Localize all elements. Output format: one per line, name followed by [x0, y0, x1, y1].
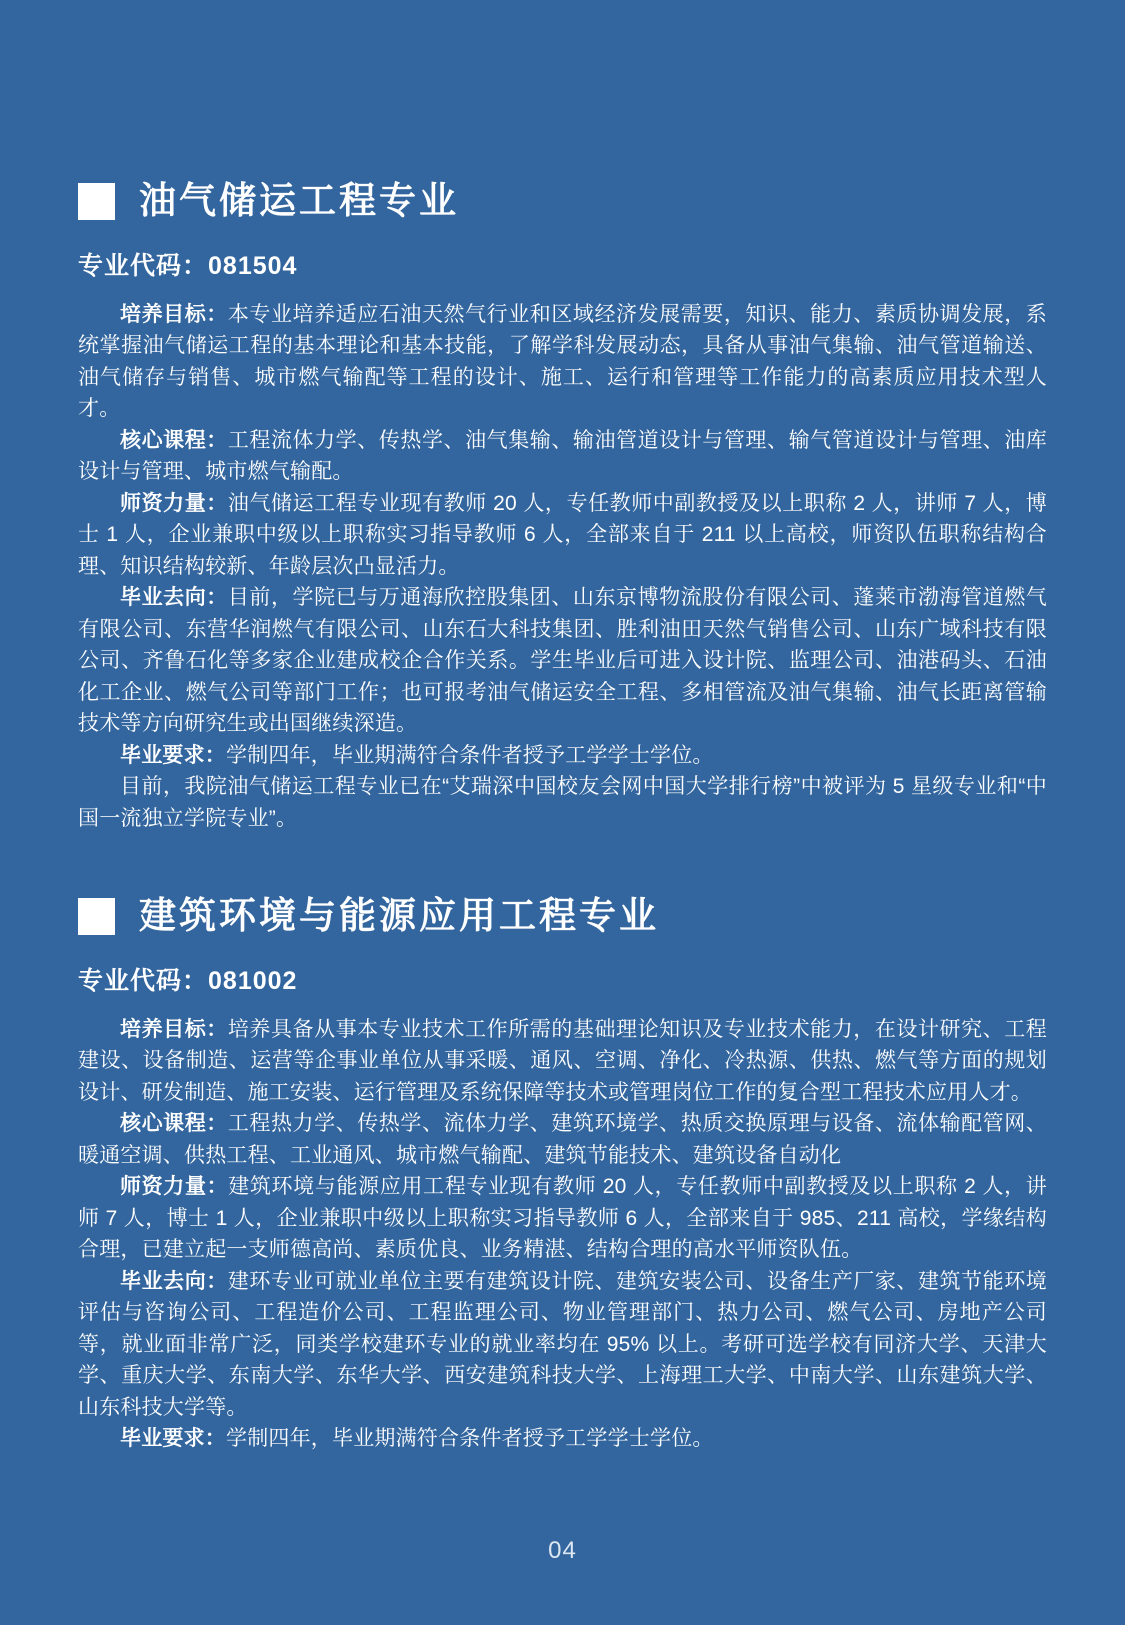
paragraph-career: 毕业去向：目前，学院已与万通海欣控股集团、山东京博物流股份有限公司、蓬莱市渤海管… — [78, 582, 1047, 740]
paragraph-label: 毕业要求： — [120, 1427, 226, 1450]
section-title-row: 建筑环境与能源应用工程专业 — [78, 896, 1047, 937]
paragraph-label: 毕业要求： — [120, 744, 226, 767]
paragraph-faculty: 师资力量：建筑环境与能源应用工程专业现有教师 20 人，专任教师中副教授及以上职… — [78, 1171, 1047, 1266]
paragraph-label: 师资力量： — [120, 492, 228, 515]
section-title: 建筑环境与能源应用工程专业 — [139, 896, 659, 937]
paragraph-career: 毕业去向：建环专业可就业单位主要有建筑设计院、建筑安装公司、设备生产厂家、建筑节… — [78, 1266, 1047, 1424]
major-code-value: 081504 — [208, 252, 297, 280]
paragraph-text: 学制四年，毕业期满符合条件者授予工学学士学位。 — [226, 744, 714, 767]
square-bullet-icon — [78, 183, 115, 220]
page-footer: 04 — [0, 1537, 1125, 1565]
paragraph-label: 核心课程： — [120, 429, 228, 452]
paragraph-label: 师资力量： — [120, 1175, 228, 1198]
paragraph-core-courses: 核心课程：工程流体力学、传热学、油气集输、输油管道设计与管理、输气管道设计与管理… — [78, 425, 1047, 488]
major-code-line: 专业代码：081504 — [78, 246, 1047, 282]
paragraph-text: 学制四年，毕业期满符合条件者授予工学学士学位。 — [226, 1427, 714, 1450]
section-body: 培养目标：本专业培养适应石油天然气行业和区域经济发展需要，知识、能力、素质协调发… — [78, 299, 1047, 835]
paragraph-label: 毕业去向： — [120, 586, 228, 609]
paragraph-label: 核心课程： — [120, 1112, 228, 1135]
paragraph-faculty: 师资力量：油气储运工程专业现有教师 20 人，专任教师中副教授及以上职称 2 人… — [78, 488, 1047, 583]
paragraph-training-goal: 培养目标：本专业培养适应石油天然气行业和区域经济发展需要，知识、能力、素质协调发… — [78, 299, 1047, 425]
page-number: 04 — [548, 1537, 577, 1564]
section-title-row: 油气储运工程专业 — [78, 181, 1047, 222]
paragraph-graduation-requirement: 毕业要求：学制四年，毕业期满符合条件者授予工学学士学位。 — [78, 1423, 1047, 1455]
paragraph-core-courses: 核心课程：工程热力学、传热学、流体力学、建筑环境学、热质交换原理与设备、流体输配… — [78, 1108, 1047, 1171]
major-code-label: 专业代码： — [78, 967, 208, 995]
paragraph-label: 培养目标： — [120, 1018, 228, 1041]
paragraph-label: 毕业去向： — [120, 1270, 228, 1293]
square-bullet-icon — [78, 898, 115, 935]
major-code-value: 081002 — [208, 967, 297, 995]
paragraph-graduation-requirement: 毕业要求：学制四年，毕业期满符合条件者授予工学学士学位。 — [78, 740, 1047, 772]
paragraph-ranking-note: 目前，我院油气储运工程专业已在“艾瑞深中国校友会网中国大学排行榜”中被评为 5 … — [78, 771, 1047, 834]
section-body: 培养目标：培养具备从事本专业技术工作所需的基础理论知识及专业技术能力，在设计研究… — [78, 1014, 1047, 1455]
paragraph-training-goal: 培养目标：培养具备从事本专业技术工作所需的基础理论知识及专业技术能力，在设计研究… — [78, 1014, 1047, 1109]
program-section-oil-gas: 油气储运工程专业 专业代码：081504 培养目标：本专业培养适应石油天然气行业… — [78, 181, 1047, 834]
section-title: 油气储运工程专业 — [139, 181, 459, 222]
paragraph-text: 目前，我院油气储运工程专业已在“艾瑞深中国校友会网中国大学排行榜”中被评为 5 … — [78, 775, 1047, 830]
major-code-label: 专业代码： — [78, 252, 208, 280]
program-section-building-environment: 建筑环境与能源应用工程专业 专业代码：081002 培养目标：培养具备从事本专业… — [78, 896, 1047, 1455]
paragraph-label: 培养目标： — [120, 303, 228, 326]
major-code-line: 专业代码：081002 — [78, 961, 1047, 997]
brochure-page: 油气储运工程专业 专业代码：081504 培养目标：本专业培养适应石油天然气行业… — [0, 0, 1125, 1625]
